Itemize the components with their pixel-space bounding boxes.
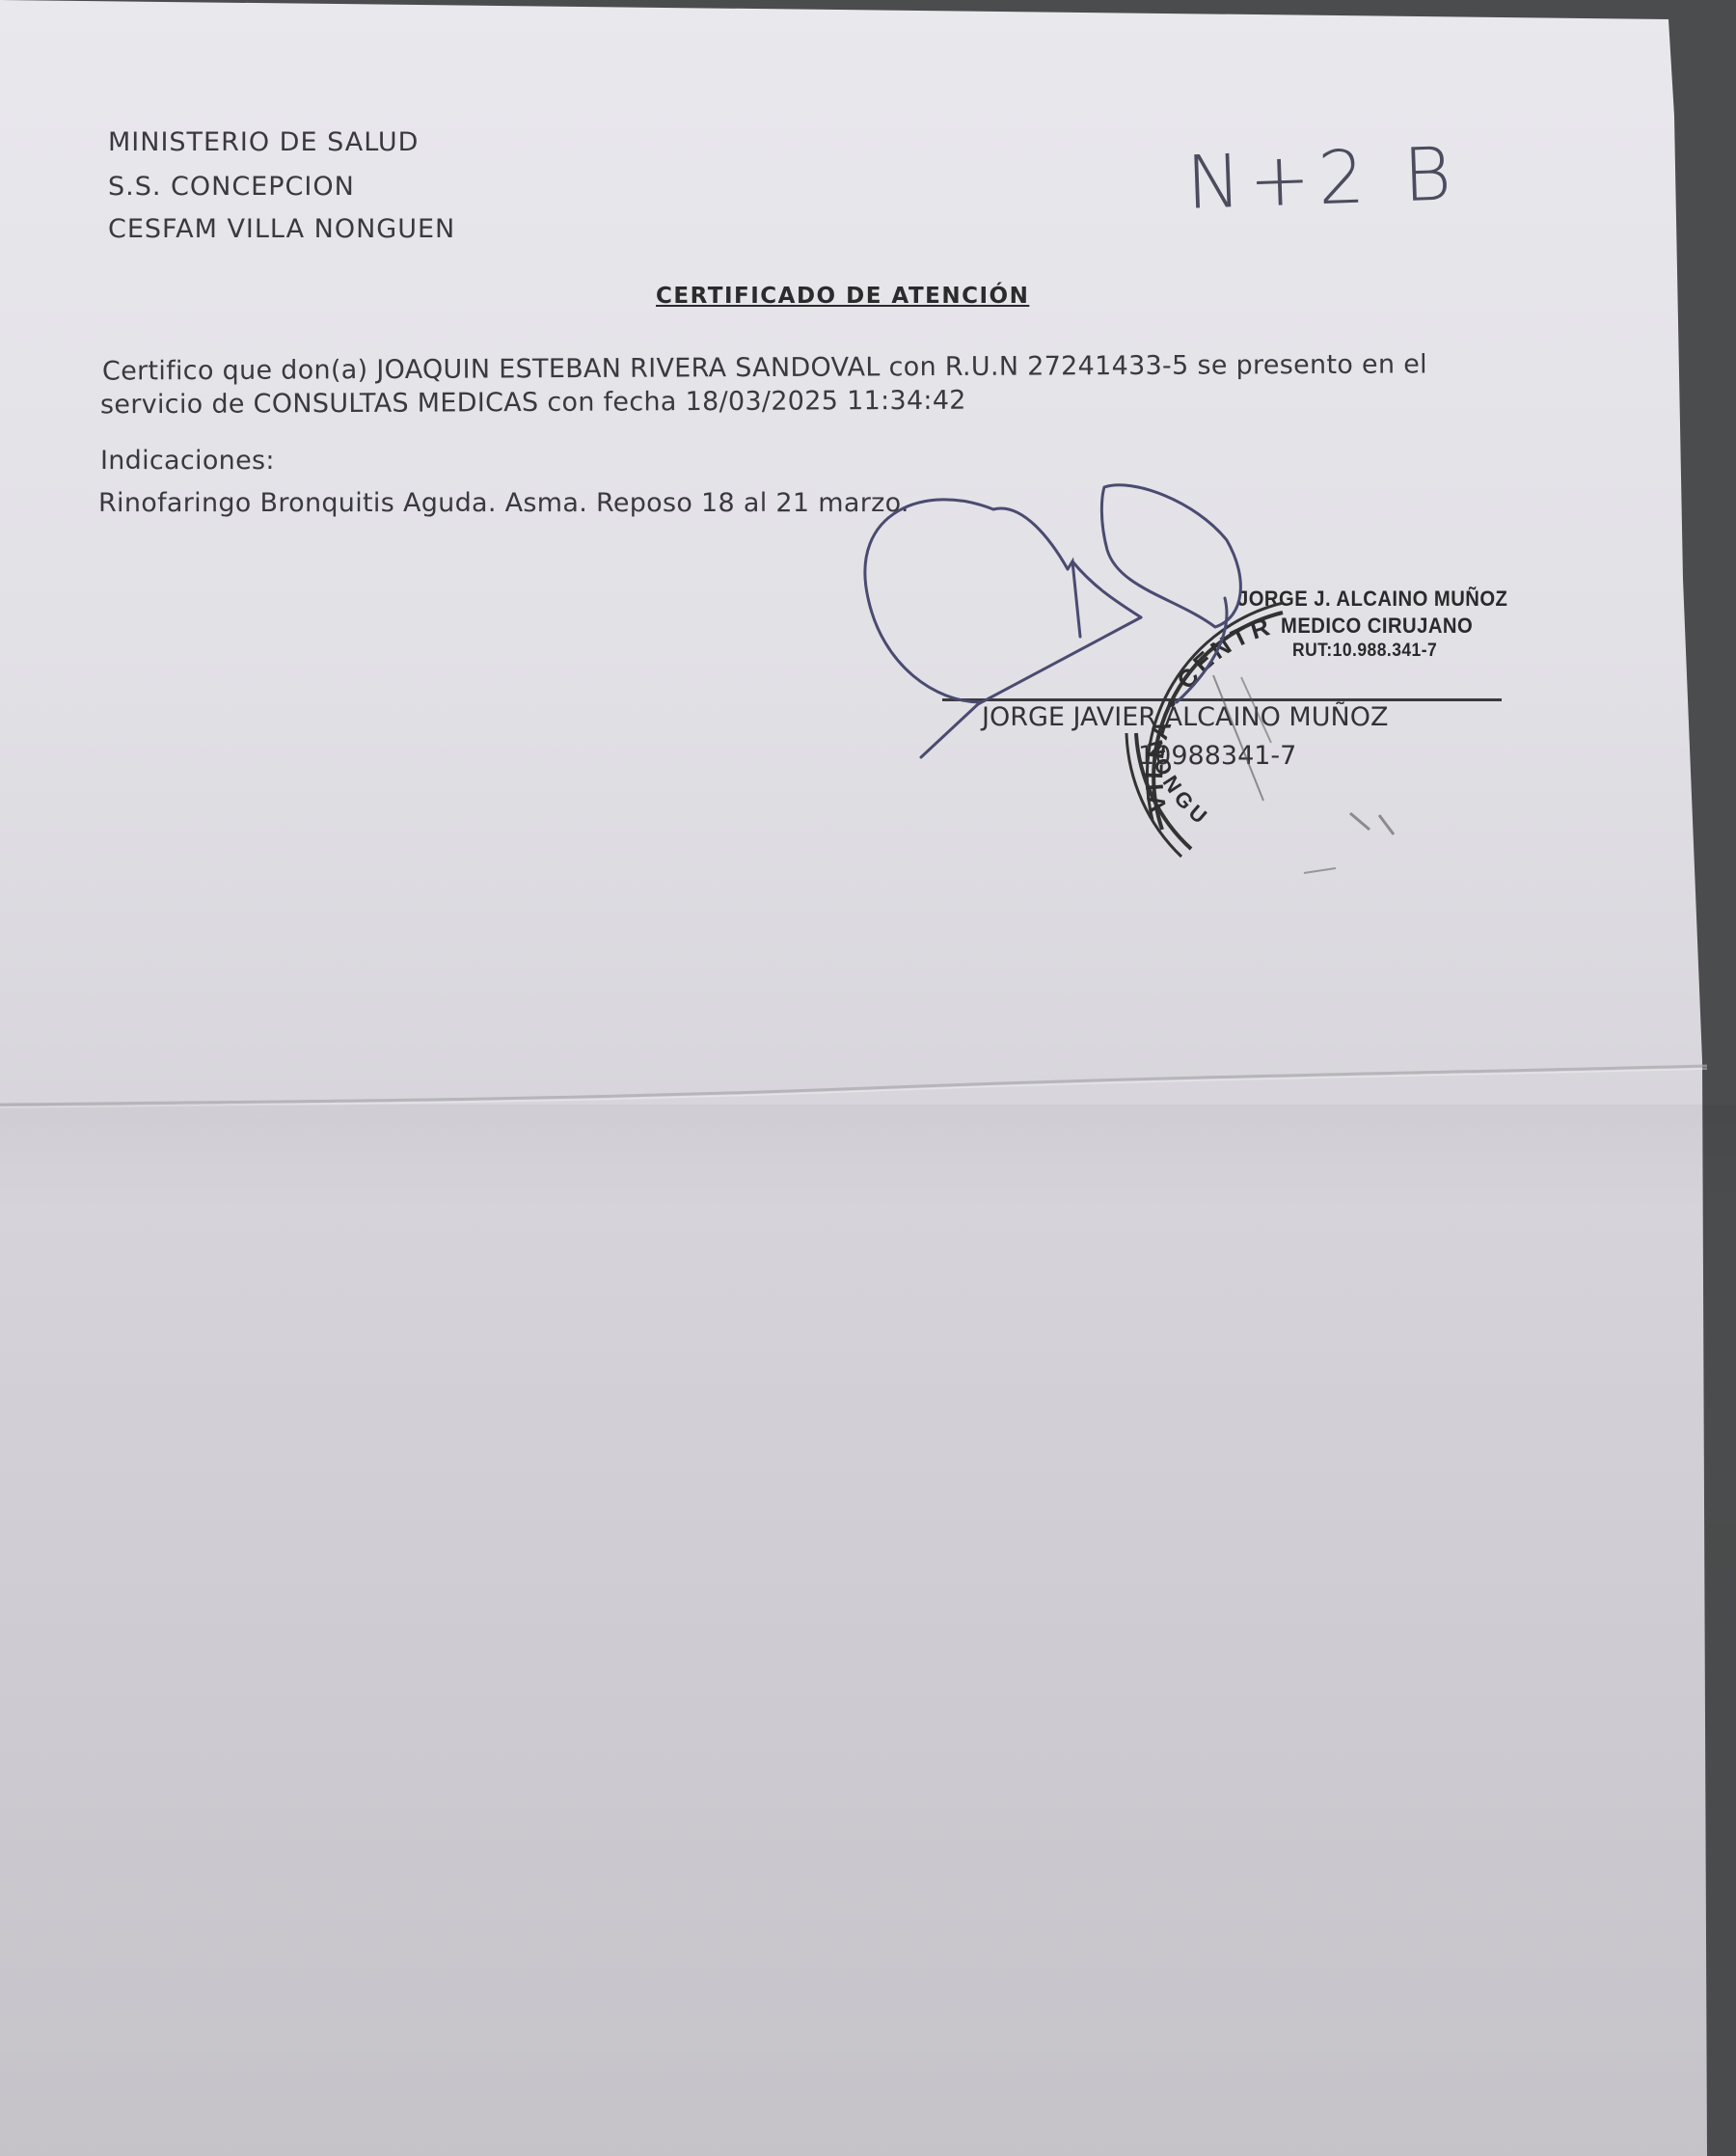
signer-rut: 10988341-7 bbox=[1138, 741, 1296, 771]
certificate-body-line-2: servicio de CONSULTAS MEDICAS con fecha … bbox=[100, 386, 966, 421]
paper-sheet bbox=[0, 0, 1736, 2156]
signature-line bbox=[942, 698, 1502, 701]
signer-name: JORGE JAVIER ALCAINO MUÑOZ bbox=[982, 702, 1388, 732]
handwritten-note: N+2 B bbox=[1185, 130, 1461, 226]
header-cesfam: CESFAM VILLA NONGUEN bbox=[108, 214, 455, 244]
stamp-doctor-name: JORGE J. ALCAINO MUÑOZ bbox=[1237, 587, 1507, 612]
document-title: CERTIFICADO DE ATENCIÓN bbox=[656, 284, 1029, 309]
stamp-doctor-rut: RUT:10.988.341-7 bbox=[1292, 641, 1437, 662]
indications-text: Rinofaringo Bronquitis Aguda. Asma. Repo… bbox=[98, 488, 909, 518]
stamp-doctor-title: MEDICO CIRUJANO bbox=[1281, 614, 1473, 639]
header-health-service: S.S. CONCEPCION bbox=[108, 172, 355, 202]
indications-label: Indicaciones: bbox=[100, 446, 275, 476]
header-ministry: MINISTERIO DE SALUD bbox=[108, 127, 419, 157]
